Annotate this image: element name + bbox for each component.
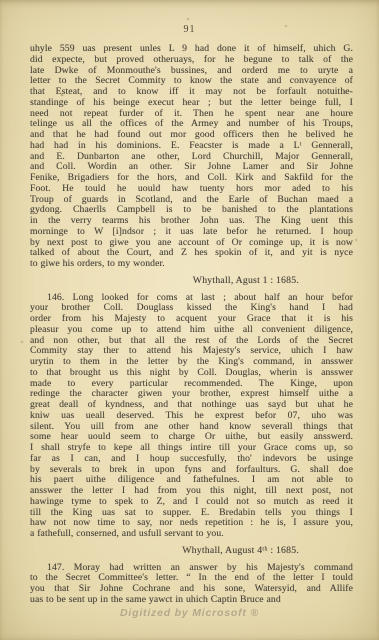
text-line: till the King uas sat to supper. E. Bred… [30, 508, 353, 519]
text-line: redinge the character giwen your brother… [30, 389, 353, 400]
text-line: standinge of his beinge execut hear ; bu… [30, 98, 353, 109]
text-line: morninge to W [i]ndsor ; it uas late bef… [30, 227, 353, 238]
text-line: and E. Dunbarton ane other, Lord Churchi… [30, 152, 353, 163]
text-line: your brother Coll. Douglass kissed the K… [30, 303, 353, 314]
text-line: telinge us all the offices of the Armey … [30, 119, 353, 130]
text-line: gydong. Chaerlls Campbell is to be banis… [30, 205, 353, 216]
text-line: and Coll. Wordin an other. Sir Johne Lam… [30, 162, 353, 173]
text-line: by next post to giwe you ane account of … [30, 238, 353, 249]
text-line: great deall of kyndness, and that nothin… [30, 400, 353, 411]
text-line: haw not now time to say, nor neds repeti… [30, 518, 353, 529]
text-line: need not repeat furder of it. Then he sp… [30, 109, 353, 120]
text-line: made to every particular recommended. Th… [30, 379, 353, 390]
text-line: far as I can, and I houp succesfully, th… [30, 454, 353, 465]
text-line: 146. Long looked for coms at last ; abou… [30, 293, 353, 304]
digitization-watermark: Digitized by Microsoft ® [0, 607, 379, 619]
text-line: his paert uithe diligence and fathefulne… [30, 475, 353, 486]
paragraph-146: 146. Long looked for coms at last ; abou… [30, 293, 353, 540]
text-line: had had in his dominions. E. Feacster is… [30, 141, 353, 152]
text-line: hawinge tyme to spek to Z, and I could n… [30, 497, 353, 508]
text-line: you that Sir Johne Cochrane and his sone… [30, 584, 353, 595]
text-line: letter to the Secret Commity to know the… [30, 76, 353, 87]
scanned-page: 91 uhyle 559 uas present unles L 9 had d… [0, 0, 379, 640]
text-line: order from his Majesty to acquent your G… [30, 314, 353, 325]
text-line: to the Secret Committee's letter. “ In t… [30, 573, 353, 584]
text-line: pleasur you come up to attend him uithe … [30, 325, 353, 336]
text-line: kniw uas ueall deserved. This he exprest… [30, 411, 353, 422]
text-line: ansswer the letter I had from you this n… [30, 486, 353, 497]
text-line: 147. Moray had written an answer by his … [30, 563, 353, 574]
text-line: urytin to them in the letter by the King… [30, 357, 353, 368]
text-line: Troup of guards in Scotland, and the Ear… [30, 195, 353, 206]
text-line: a fathefull, conserned, and usfull serva… [30, 529, 353, 540]
text-line: uhyle 559 uas present unles L 9 had done… [30, 44, 353, 55]
dateline-august-4: Whythall, August 4ᵗʰ : 1685. [30, 546, 353, 557]
text-line: did expecte, but proved otheruays, for h… [30, 55, 353, 66]
text-line: some hear uould seem to charge Or uithe,… [30, 432, 353, 443]
text-line: that Esteat, and to know iff it may not … [30, 87, 353, 98]
text-line: by severals to brek in upon fyns and for… [30, 465, 353, 476]
text-line: and non other, but that all the rest of … [30, 336, 353, 347]
paragraph-147: 147. Moray had written an answer by his … [30, 563, 353, 606]
dateline-august-1: Whythall, Agust 1 : 1685. [30, 276, 353, 287]
page-number: 91 [0, 24, 379, 35]
text-line: late Dwke of Monmouthe's bussines, and o… [30, 66, 353, 77]
text-line: Foot. He tould he uould haw tuenty hors … [30, 184, 353, 195]
text-line: and that he had found out mor good offic… [30, 130, 353, 141]
text-line: to that brought us this night by Coll. D… [30, 368, 353, 379]
text-line: silent. You uill from ane other hand kno… [30, 422, 353, 433]
text-line: I shall stryfe to kepe all things intire… [30, 443, 353, 454]
text-line: Commity stay ther to attend his Majesty'… [30, 346, 353, 357]
text-line: Fenike, Brigadiers for the hors, and Col… [30, 173, 353, 184]
text-line: to giwe his orders, to my wonder. [30, 259, 353, 270]
paragraph-145-continuation: uhyle 559 uas present unles L 9 had done… [30, 44, 353, 270]
text-line: talked of about the Court, and Z hes spo… [30, 248, 353, 259]
text-line: uas to be sent up in the same yawct in u… [30, 595, 353, 606]
text-block: uhyle 559 uas present unles L 9 had done… [30, 44, 353, 606]
text-line: in the verry tearms his brother John uas… [30, 216, 353, 227]
